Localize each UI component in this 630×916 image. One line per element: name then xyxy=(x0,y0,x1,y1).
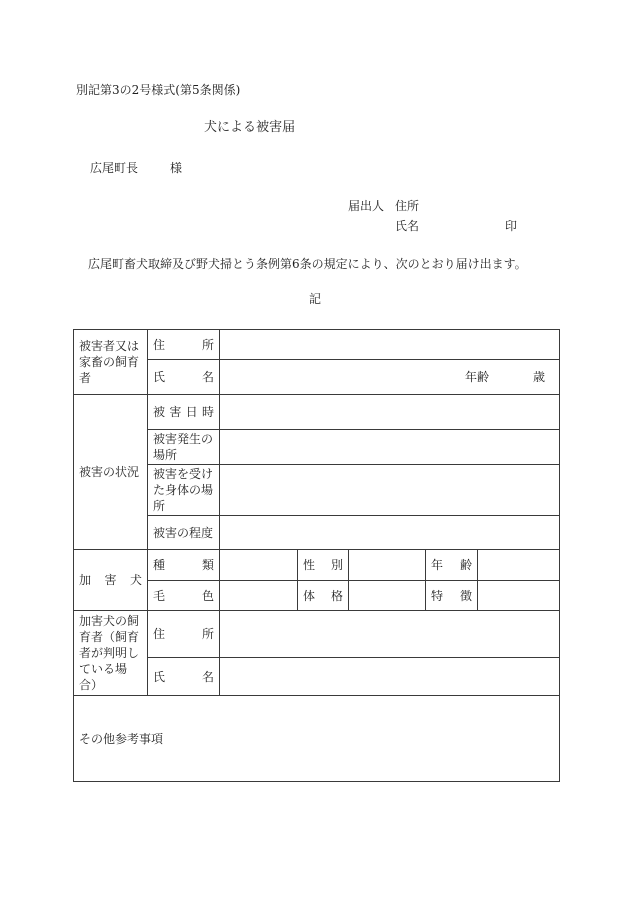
damage-section-header: 被害の状況 xyxy=(74,395,148,550)
owner-name-label-cell: 氏名 xyxy=(148,658,220,696)
dog-build-label: 体格 xyxy=(303,588,343,604)
dog-sex-label-cell: 性別 xyxy=(298,550,349,581)
title-row: 犬による被害届 xyxy=(0,120,630,136)
victim-address-label: 住所 xyxy=(153,337,214,353)
dog-age-label: 年齢 xyxy=(431,557,472,573)
dog-features-value-cell xyxy=(478,581,560,611)
declarant-fields: 住所 氏名 印 xyxy=(395,198,517,234)
victim-age-unit-label: 歳 xyxy=(533,369,545,385)
dog-age-value-cell xyxy=(478,550,560,581)
declarant-label: 届出人 xyxy=(348,198,384,214)
declarant-name-label: 氏名 xyxy=(395,218,419,234)
victim-section-header: 被害者又は家畜の飼育者 xyxy=(74,330,148,395)
dog-build-label-cell: 体格 xyxy=(298,581,349,611)
damage-datetime-value-cell xyxy=(220,395,560,430)
damage-bodypart-label: 被害を受けた身体の場所 xyxy=(148,465,220,516)
dog-sex-value-cell xyxy=(349,550,426,581)
document-page: 別記第3の2号様式(第5条関係) 犬による被害届 広尾町長 様 届出人 住所 氏… xyxy=(0,0,630,916)
damage-datetime-label-cell: 被害日時 xyxy=(148,395,220,430)
dog-breed-label: 種類 xyxy=(153,557,214,573)
victim-name-label: 氏名 xyxy=(153,369,214,385)
addressee-honorific: 様 xyxy=(170,160,182,176)
table-row: 被害の状況 被害日時 xyxy=(74,395,560,430)
record-mark: 記 xyxy=(0,291,630,307)
damage-place-value-cell xyxy=(220,430,560,465)
dog-features-label: 特徴 xyxy=(431,588,472,604)
damage-datetime-label: 被害日時 xyxy=(153,404,214,420)
declarant-address-label: 住所 xyxy=(395,198,517,214)
report-form-table: 被害者又は家畜の飼育者 住所 氏名 年齢 歳 被害の状況 xyxy=(73,329,560,782)
addressee-name: 広尾町長 xyxy=(90,160,138,176)
damage-degree-value-cell xyxy=(220,516,560,550)
seal-label: 印 xyxy=(505,218,517,234)
body-text: 広尾町畜犬取締及び野犬掃とう条例第6条の規定により、次のとおり届け出ます。 xyxy=(88,256,527,272)
dog-breed-value-cell xyxy=(220,550,298,581)
owner-name-label: 氏名 xyxy=(153,669,214,685)
declarant-name-row: 氏名 印 xyxy=(395,218,517,234)
table-row: その他参考事項 xyxy=(74,696,560,782)
dog-color-label-cell: 毛色 xyxy=(148,581,220,611)
table-row: 加害犬 種類 性別 年齢 xyxy=(74,550,560,581)
dog-features-label-cell: 特徴 xyxy=(426,581,478,611)
dog-build-value-cell xyxy=(349,581,426,611)
table-row: 被害者又は家畜の飼育者 住所 xyxy=(74,330,560,360)
damage-bodypart-value-cell xyxy=(220,465,560,516)
victim-address-value-cell xyxy=(220,330,560,360)
dog-age-label-cell: 年齢 xyxy=(426,550,478,581)
damage-degree-label: 被害の程度 xyxy=(148,516,220,550)
addressee-line: 広尾町長 様 xyxy=(90,160,182,176)
table-row: 加害犬の飼育者（飼育者が判明している場合） 住所 xyxy=(74,611,560,658)
dog-section-header-label: 加害犬 xyxy=(79,572,142,588)
dog-color-label: 毛色 xyxy=(153,588,214,604)
owner-address-value-cell xyxy=(220,611,560,658)
victim-name-value-cell: 年齢 歳 xyxy=(220,360,560,395)
victim-address-label-cell: 住所 xyxy=(148,330,220,360)
owner-address-label-cell: 住所 xyxy=(148,611,220,658)
form-number-label: 別記第3の2号様式(第5条関係) xyxy=(76,82,240,98)
damage-place-label: 被害発生の場所 xyxy=(148,430,220,465)
other-notes-cell: その他参考事項 xyxy=(74,696,560,782)
declarant-block: 届出人 住所 氏名 印 xyxy=(348,198,517,234)
victim-age-label: 年齢 xyxy=(465,369,489,385)
victim-name-label-cell: 氏名 xyxy=(148,360,220,395)
dog-section-header: 加害犬 xyxy=(74,550,148,611)
page-title: 犬による被害届 xyxy=(204,120,426,136)
dog-color-value-cell xyxy=(220,581,298,611)
owner-section-header: 加害犬の飼育者（飼育者が判明している場合） xyxy=(74,611,148,696)
dog-sex-label: 性別 xyxy=(303,557,343,573)
owner-name-value-cell xyxy=(220,658,560,696)
owner-address-label: 住所 xyxy=(153,626,214,642)
victim-age-group: 年齢 歳 xyxy=(225,369,554,385)
dog-breed-label-cell: 種類 xyxy=(148,550,220,581)
